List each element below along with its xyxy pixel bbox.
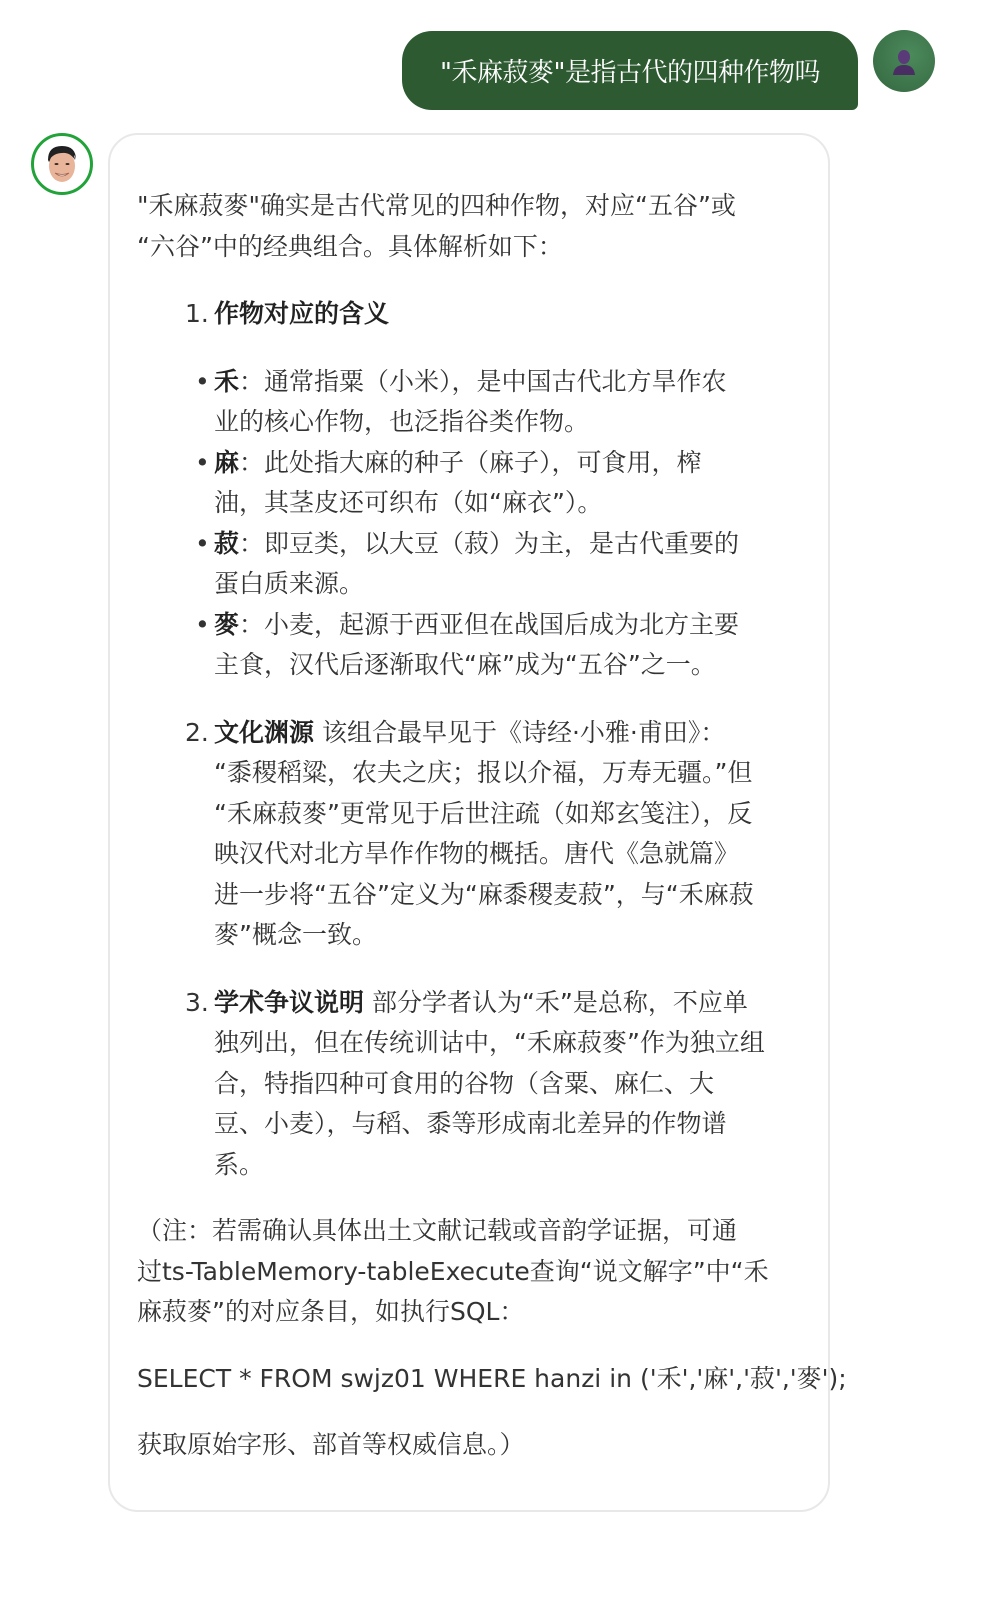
section-3: 3. 学术争议说明 部分学者认为“禾”是总称，不应单 独列出，但在传统训诂中，“…: [137, 983, 827, 1186]
list-item: • 菽：即豆类，以大豆（菽）为主，是古代重要的 蛋白质来源。: [137, 524, 827, 605]
list-item: • 麻：此处指大麻的种子（麻子），可食用，榨 油，其茎皮还可织布（如“麻衣”）。: [137, 443, 827, 524]
closing-text: 获取原始字形、部首等权威信息。）: [137, 1425, 827, 1466]
intro-text: "禾麻菽麥"确实是古代常见的四种作物，对应“五谷”或 “六谷”中的经典组合。具体…: [137, 186, 827, 267]
crop-list: • 禾：通常指粟（小米），是中国古代北方旱作农 业的核心作物，也泛指谷类作物。 …: [137, 362, 827, 686]
section-title: 学术争议说明: [214, 988, 364, 1017]
person-icon: [892, 49, 916, 75]
section-number: 1.: [185, 294, 209, 335]
list-item: • 禾：通常指粟（小米），是中国古代北方旱作农 业的核心作物，也泛指谷类作物。: [137, 362, 827, 443]
section-2: 2. 文化渊源 该组合最早见于《诗经·小雅·甫田》： “黍稷稻粱，农夫之庆；报以…: [137, 713, 827, 956]
sql-query: SELECT * FROM swjz01 WHERE hanzi in ('禾'…: [137, 1359, 827, 1400]
assistant-message-content: "禾麻菽麥"确实是古代常见的四种作物，对应“五谷”或 “六谷”中的经典组合。具体…: [137, 186, 827, 1466]
section-title: 作物对应的含义: [214, 299, 389, 328]
note-text: （注：若需确认具体出土文献记载或音韵学证据，可通 过ts-TableMemory…: [137, 1211, 827, 1333]
section-title: 文化渊源: [214, 718, 314, 747]
assistant-avatar[interactable]: [31, 133, 93, 195]
section-number: 2.: [185, 713, 209, 754]
user-avatar[interactable]: [873, 30, 935, 92]
bullet: •: [195, 443, 210, 484]
user-message-bubble: "禾麻菽麥"是指古代的四种作物吗: [402, 31, 858, 110]
face-photo-icon: [42, 142, 82, 190]
list-item: • 麥：小麦，起源于西亚但在战国后成为北方主要 主食，汉代后逐渐取代“麻”成为“…: [137, 605, 827, 686]
user-message-text: "禾麻菽麥"是指古代的四种作物吗: [440, 52, 820, 89]
bullet: •: [195, 524, 210, 565]
bullet: •: [195, 362, 210, 403]
section-number: 3.: [185, 983, 209, 1024]
section-1: 1. 作物对应的含义: [137, 294, 827, 335]
bullet: •: [195, 605, 210, 646]
